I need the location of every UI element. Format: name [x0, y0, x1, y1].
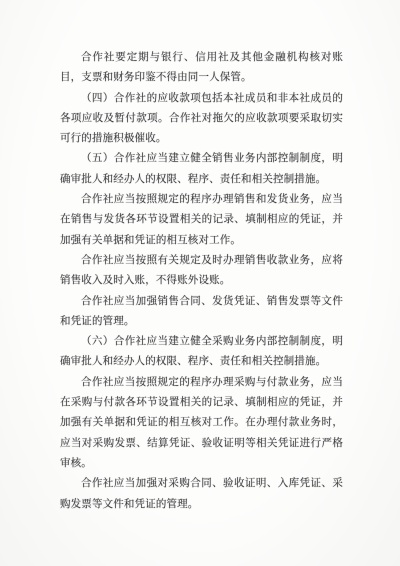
- paragraph-section-4-receivables: （四）合作社的应收款项包括本社成员和非本社成员的各项应收及暂付款项。合作社对拖欠…: [60, 89, 343, 150]
- paragraph-section-6-procurement-control: （六）合作社应当建立健全采购业务内部控制制度，明确审批人和经办人的权限、程序、责…: [60, 332, 343, 373]
- paragraph-bank-reconciliation: 合作社要定期与银行、信用社及其他金融机构核对账目，支票和财务印鉴不得由同一人保管…: [60, 48, 343, 89]
- paragraph-sales-collection: 合作社应当按照有关规定及时办理销售收款业务，应将销售收入及时入账，不得账外设账。: [60, 251, 343, 292]
- paragraph-sales-delivery-procedure: 合作社应当按照规定的程序办理销售和发货业务，应当在销售与发货各环节设置相关的记录…: [60, 190, 343, 251]
- paragraph-sales-document-management: 合作社应当加强销售合同、发货凭证、销售发票等文件和凭证的管理。: [60, 292, 343, 333]
- paragraph-section-5-sales-control: （五）合作社应当建立健全销售业务内部控制制度，明确审批人和经办人的权限、程序、责…: [60, 149, 343, 190]
- paragraph-procurement-payment-procedure: 合作社应当按照规定的程序办理采购与付款业务，应当在采购与付款各环节设置相关的记录…: [60, 373, 343, 474]
- document-body-text: 合作社要定期与银行、信用社及其他金融机构核对账目，支票和财务印鉴不得由同一人保管…: [60, 48, 343, 515]
- paragraph-procurement-document-management: 合作社应当加强对采购合同、验收证明、入库凭证、采购发票等文件和凭证的管理。: [60, 474, 343, 515]
- scanned-document-page: 合作社要定期与银行、信用社及其他金融机构核对账目，支票和财务印鉴不得由同一人保管…: [0, 0, 400, 566]
